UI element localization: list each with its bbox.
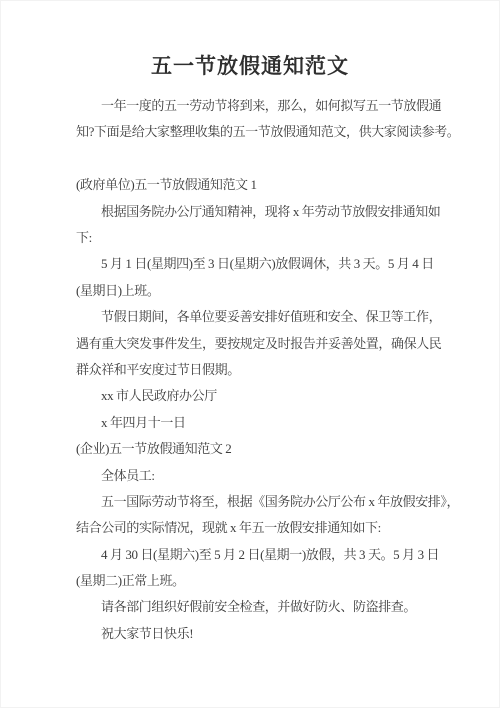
- document-line: 根据国务院办公厅通知精神，现将 x 年劳动节放假安排通知如: [76, 199, 446, 225]
- document-line: 节假日期间，各单位要妥善安排好值班和安全、保卫等工作，: [76, 304, 446, 330]
- document-line: 五一国际劳动节将至，根据《国务院办公厅公布 x 年放假安排》，: [76, 489, 446, 515]
- document-line: 祝大家节日快乐!: [76, 621, 446, 647]
- document-line: 知?下面是给大家整理收集的五一节放假通知范文，供大家阅读参考。: [76, 119, 446, 145]
- signature-line: xx 市人民政府办公厅: [76, 383, 446, 409]
- section-heading: (政府单位)五一节放假通知范文 1: [76, 172, 446, 198]
- date-line: x 年四月十一日: [76, 410, 446, 436]
- blank-line: [76, 146, 446, 172]
- document-line: 5 月 1 日(星期四)至 3 日(星期六)放假调休，共 3 天。5 月 4 日: [76, 251, 446, 277]
- document-page: 五一节放假通知范文 一年一度的五一劳动节将到来，那么，如何拟写五一节放假通 知?…: [0, 0, 500, 708]
- document-line: 一年一度的五一劳动节将到来，那么，如何拟写五一节放假通: [76, 93, 446, 119]
- document-line: 全体员工:: [76, 463, 446, 489]
- section-heading: (企业)五一节放假通知范文 2: [76, 436, 446, 462]
- document-line: 请各部门组织好假前安全检查，并做好防火、防盗排查。: [76, 594, 446, 620]
- document-line: 群众祥和平安度过节日假期。: [76, 357, 446, 383]
- document-line: (星期日)上班。: [76, 278, 446, 304]
- document-body: 一年一度的五一劳动节将到来，那么，如何拟写五一节放假通 知?下面是给大家整理收集…: [76, 93, 446, 647]
- document-line: 遇有重大突发事件发生，要按规定及时报告并妥善处置，确保人民: [76, 331, 446, 357]
- document-line: (星期二)正常上班。: [76, 568, 446, 594]
- document-line: 结合公司的实际情况，现就 x 年五一放假安排通知如下:: [76, 515, 446, 541]
- document-title: 五一节放假通知范文: [1, 53, 499, 79]
- document-line: 4 月 30 日(星期六)至 5 月 2 日(星期一)放假，共 3 天。5 月 …: [76, 542, 446, 568]
- document-line: 下:: [76, 225, 446, 251]
